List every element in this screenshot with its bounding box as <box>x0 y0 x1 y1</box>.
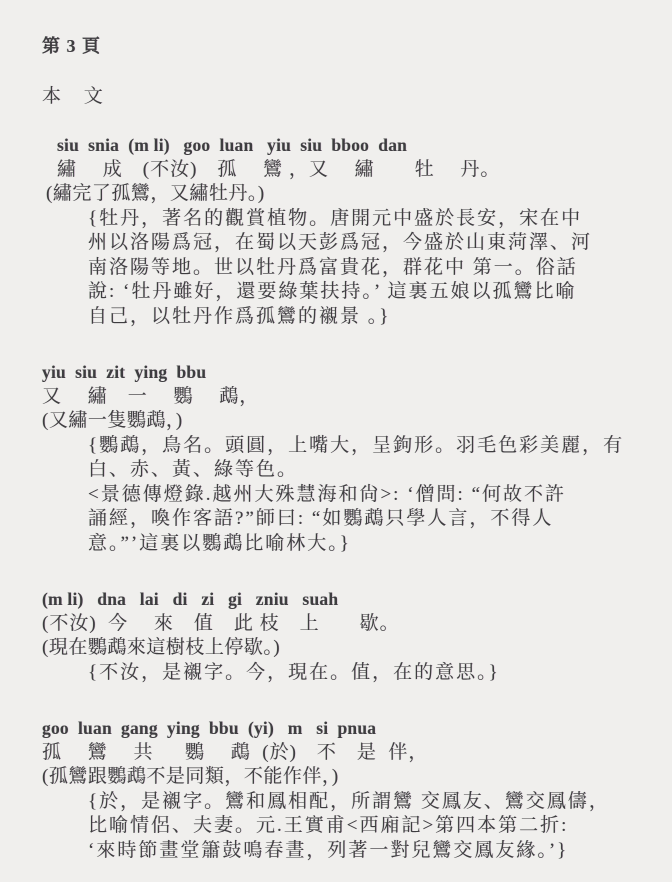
section-title: 本 文 <box>42 85 646 110</box>
annotation-line: {牡丹，著名的觀賞植物。唐開元中盛於長安，宋在中 <box>42 207 646 232</box>
hanzi-line: (不汝) 今 來 值 此 枝 上 歇。 <box>42 612 646 637</box>
scanned-document-page: 第 3 頁 本 文 siu snia (m li) goo luan yiu s… <box>0 0 672 882</box>
annotation-line: 南洛陽等地。世以牡丹爲富貴花，群花中 第一。俗話 <box>42 256 646 281</box>
romanization-line: yiu siu zit ying bbu <box>42 360 646 385</box>
hanzi-line: 又 繡 一 鸚 鵡， <box>42 385 646 410</box>
annotation-line: {鸚鵡，鳥名。頭圓，上嘴大，呈鉤形。羽毛色彩美麗，有 <box>42 434 646 459</box>
translation-line: (孤鸞跟鸚鵡不是同類，不能作伴，) <box>42 765 646 790</box>
translation-line: (現在鸚鵡來這樹枝上停歇。) <box>42 636 646 661</box>
annotation-line: 誦經，喚作客語?”師曰: “如鸚鵡只學人言，不得人 <box>42 507 646 532</box>
annotation-line: 意。”’這裏以鸚鵡比喻林大。} <box>42 532 646 557</box>
annotation-line: ‘來時節畫堂簫鼓鳴春晝，列著一對兒鸞交鳳友緣。’} <box>42 839 646 864</box>
annotation-line: <景德傳燈錄.越州大殊慧海和尙>: ‘僧問: “何故不許 <box>42 483 646 508</box>
hanzi-line: 繡 成 (不汝) 孤 鸞 ，又 繡 牡 丹。 <box>42 158 646 183</box>
annotation-line: 州以洛陽爲冠，在蜀以天彭爲冠，今盛於山東菏澤、河 <box>42 231 646 256</box>
annotation-line: 自己，以牡丹作爲孤鸞的襯景 。} <box>42 305 646 330</box>
annotation-line: 白、赤、黃、綠等色。 <box>42 458 646 483</box>
verse-entry: goo luan gang ying bbu (yi) m si pnua 孤 … <box>42 716 646 863</box>
translation-line: (繡完了孤鸞，又繡牡丹。) <box>42 182 646 207</box>
annotation-line: 比喻情侶、夫妻。元.王實甫<西廂記>第四本第二折: <box>42 814 646 839</box>
translation-line: (又繡一隻鸚鵡，) <box>42 409 646 434</box>
annotation-line: 說: ‘牡丹雖好，還要綠葉扶持。’ 這裏五娘以孤鸞比喻 <box>42 280 646 305</box>
romanization-line: (m li) dna lai di zi gi zniu suah <box>42 587 646 612</box>
hanzi-line: 孤 鸞 共 鸚 鵡 (於) 不 是 伴， <box>42 741 646 766</box>
page-number: 第 3 頁 <box>42 34 646 59</box>
romanization-line: siu snia (m li) goo luan yiu siu bboo da… <box>42 133 646 158</box>
verse-entry: yiu siu zit ying bbu 又 繡 一 鸚 鵡， (又繡一隻鸚鵡，… <box>42 360 646 556</box>
romanization-line: goo luan gang ying bbu (yi) m si pnua <box>42 716 646 741</box>
verse-entry: (m li) dna lai di zi gi zniu suah (不汝) 今… <box>42 587 646 685</box>
annotation-line: {於，是襯字。鸞和鳳相配，所謂鸞 交鳳友、鸞交鳳儔， <box>42 790 646 815</box>
verse-entry: siu snia (m li) goo luan yiu siu bboo da… <box>42 133 646 329</box>
annotation-line: {不汝，是襯字。今，現在。值，在的意思。} <box>42 661 646 686</box>
